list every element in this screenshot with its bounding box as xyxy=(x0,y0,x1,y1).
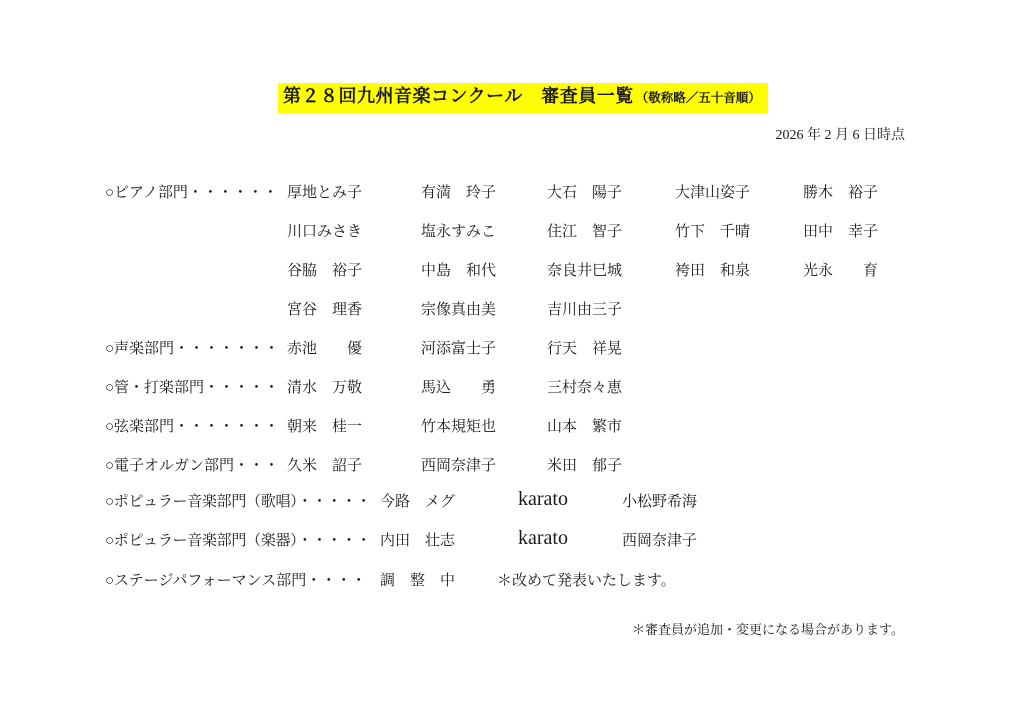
judge-row-wind-percussion: ○管・打楽部門・・・・・ 清水 万敬 馬込 勇 三村奈々恵 xyxy=(0,378,1024,400)
document-page: 第２８回九州音楽コンクール 審査員一覧（敬称略／五十音順） 2026 年 2 月… xyxy=(0,0,1024,724)
judge-name: 西岡奈津子 xyxy=(421,456,496,476)
section-label-stage-performance: ○ステージパフォーマンス部門・・・・ xyxy=(105,571,366,591)
section-label-vocal: ○声楽部門・・・・・・・ xyxy=(105,339,279,359)
judge-row-strings: ○弦楽部門・・・・・・・ 朝来 桂一 竹本規矩也 山本 繁市 xyxy=(0,417,1024,439)
section-label-popular-instrument: ○ポピュラー音楽部門（楽器）・・・・・ xyxy=(105,531,371,551)
stage-performance-note: ＊改めて発表いたします。 xyxy=(497,571,676,591)
judge-name: 行天 祥晃 xyxy=(547,339,622,359)
document-title: 第２８回九州音楽コンクール 審査員一覧 xyxy=(283,86,634,106)
section-label-strings: ○弦楽部門・・・・・・・ xyxy=(105,417,279,437)
judge-name: 谷脇 裕子 xyxy=(287,261,362,281)
judge-name: 清水 万敬 xyxy=(287,378,362,398)
section-label-popular-vocal: ○ポピュラー音楽部門（歌唱）・・・・・ xyxy=(105,492,371,512)
as-of-date: 2026 年 2 月 6 日時点 xyxy=(776,124,906,144)
judge-name: 川口みさき xyxy=(287,222,362,242)
judge-row-piano-4: 宮谷 理香 宗像真由美 吉川由三子 xyxy=(0,300,1024,322)
judge-name: 米田 郁子 xyxy=(547,456,622,476)
judge-name: 奈良井巳城 xyxy=(547,261,622,281)
document-title-suffix: （敬称略／五十音順） xyxy=(636,91,761,105)
judge-name: 塩永すみこ xyxy=(421,222,496,242)
judge-name: 今路 メグ xyxy=(380,492,455,512)
section-label-electronic-organ: ○電子オルガン部門・・・ xyxy=(105,456,279,476)
judge-name: karato xyxy=(518,529,568,547)
judge-name: 馬込 勇 xyxy=(421,378,496,398)
judge-name: 小松野希海 xyxy=(622,492,697,512)
judge-row-stage-performance: ○ステージパフォーマンス部門・・・・ 調 整 中 ＊改めて発表いたします。 xyxy=(0,571,1024,593)
judge-name: 光永 育 xyxy=(803,261,878,281)
judge-name: 袴田 和泉 xyxy=(675,261,750,281)
judge-name: 勝木 裕子 xyxy=(803,183,878,203)
judge-row-popular-vocal: ○ポピュラー音楽部門（歌唱）・・・・・ 今路 メグ karato 小松野希海 xyxy=(0,492,1024,514)
judge-name: 宗像真由美 xyxy=(421,300,496,320)
judge-name: 中島 和代 xyxy=(421,261,496,281)
judge-name: 三村奈々恵 xyxy=(547,378,622,398)
judge-name: 竹下 千晴 xyxy=(675,222,750,242)
section-label-wind-percussion: ○管・打楽部門・・・・・ xyxy=(105,378,279,398)
judge-name: 住江 智子 xyxy=(547,222,622,242)
judge-name: 田中 幸子 xyxy=(803,222,878,242)
judge-name: 山本 繁市 xyxy=(547,417,622,437)
judge-name: 大石 陽子 xyxy=(547,183,622,203)
document-title-highlight: 第２８回九州音楽コンクール 審査員一覧（敬称略／五十音順） xyxy=(278,83,768,113)
judge-row-piano-2: 川口みさき 塩永すみこ 住江 智子 竹下 千晴 田中 幸子 xyxy=(0,222,1024,244)
judge-name: 調 整 中 xyxy=(380,571,455,591)
judge-name: karato xyxy=(518,490,568,508)
judge-name: 久米 詔子 xyxy=(287,456,362,476)
judge-row-electronic-organ: ○電子オルガン部門・・・ 久米 詔子 西岡奈津子 米田 郁子 xyxy=(0,456,1024,478)
section-label-piano: ○ピアノ部門・・・・・・ xyxy=(105,183,278,203)
judge-name: 西岡奈津子 xyxy=(622,531,697,551)
judge-name: 内田 壮志 xyxy=(380,531,455,551)
judge-name: 朝来 桂一 xyxy=(287,417,362,437)
judge-name: 河添富士子 xyxy=(421,339,496,359)
judge-name: 赤池 優 xyxy=(287,339,362,359)
judge-name: 大津山姿子 xyxy=(675,183,750,203)
judge-row-vocal: ○声楽部門・・・・・・・ 赤池 優 河添富士子 行天 祥晃 xyxy=(0,339,1024,361)
judge-row-piano-1: ○ピアノ部門・・・・・・ 厚地とみ子 有満 玲子 大石 陽子 大津山姿子 勝木 … xyxy=(0,183,1024,205)
judge-name: 厚地とみ子 xyxy=(287,183,362,203)
judge-row-piano-3: 谷脇 裕子 中島 和代 奈良井巳城 袴田 和泉 光永 育 xyxy=(0,261,1024,283)
judge-row-popular-instrument: ○ポピュラー音楽部門（楽器）・・・・・ 内田 壮志 karato 西岡奈津子 xyxy=(0,531,1024,553)
judge-name: 有満 玲子 xyxy=(421,183,496,203)
judge-name: 竹本規矩也 xyxy=(421,417,496,437)
judges-change-footnote: ＊審査員が追加・変更になる場合があります。 xyxy=(632,619,904,638)
judge-name: 宮谷 理香 xyxy=(287,300,362,320)
judge-name: 吉川由三子 xyxy=(547,300,622,320)
